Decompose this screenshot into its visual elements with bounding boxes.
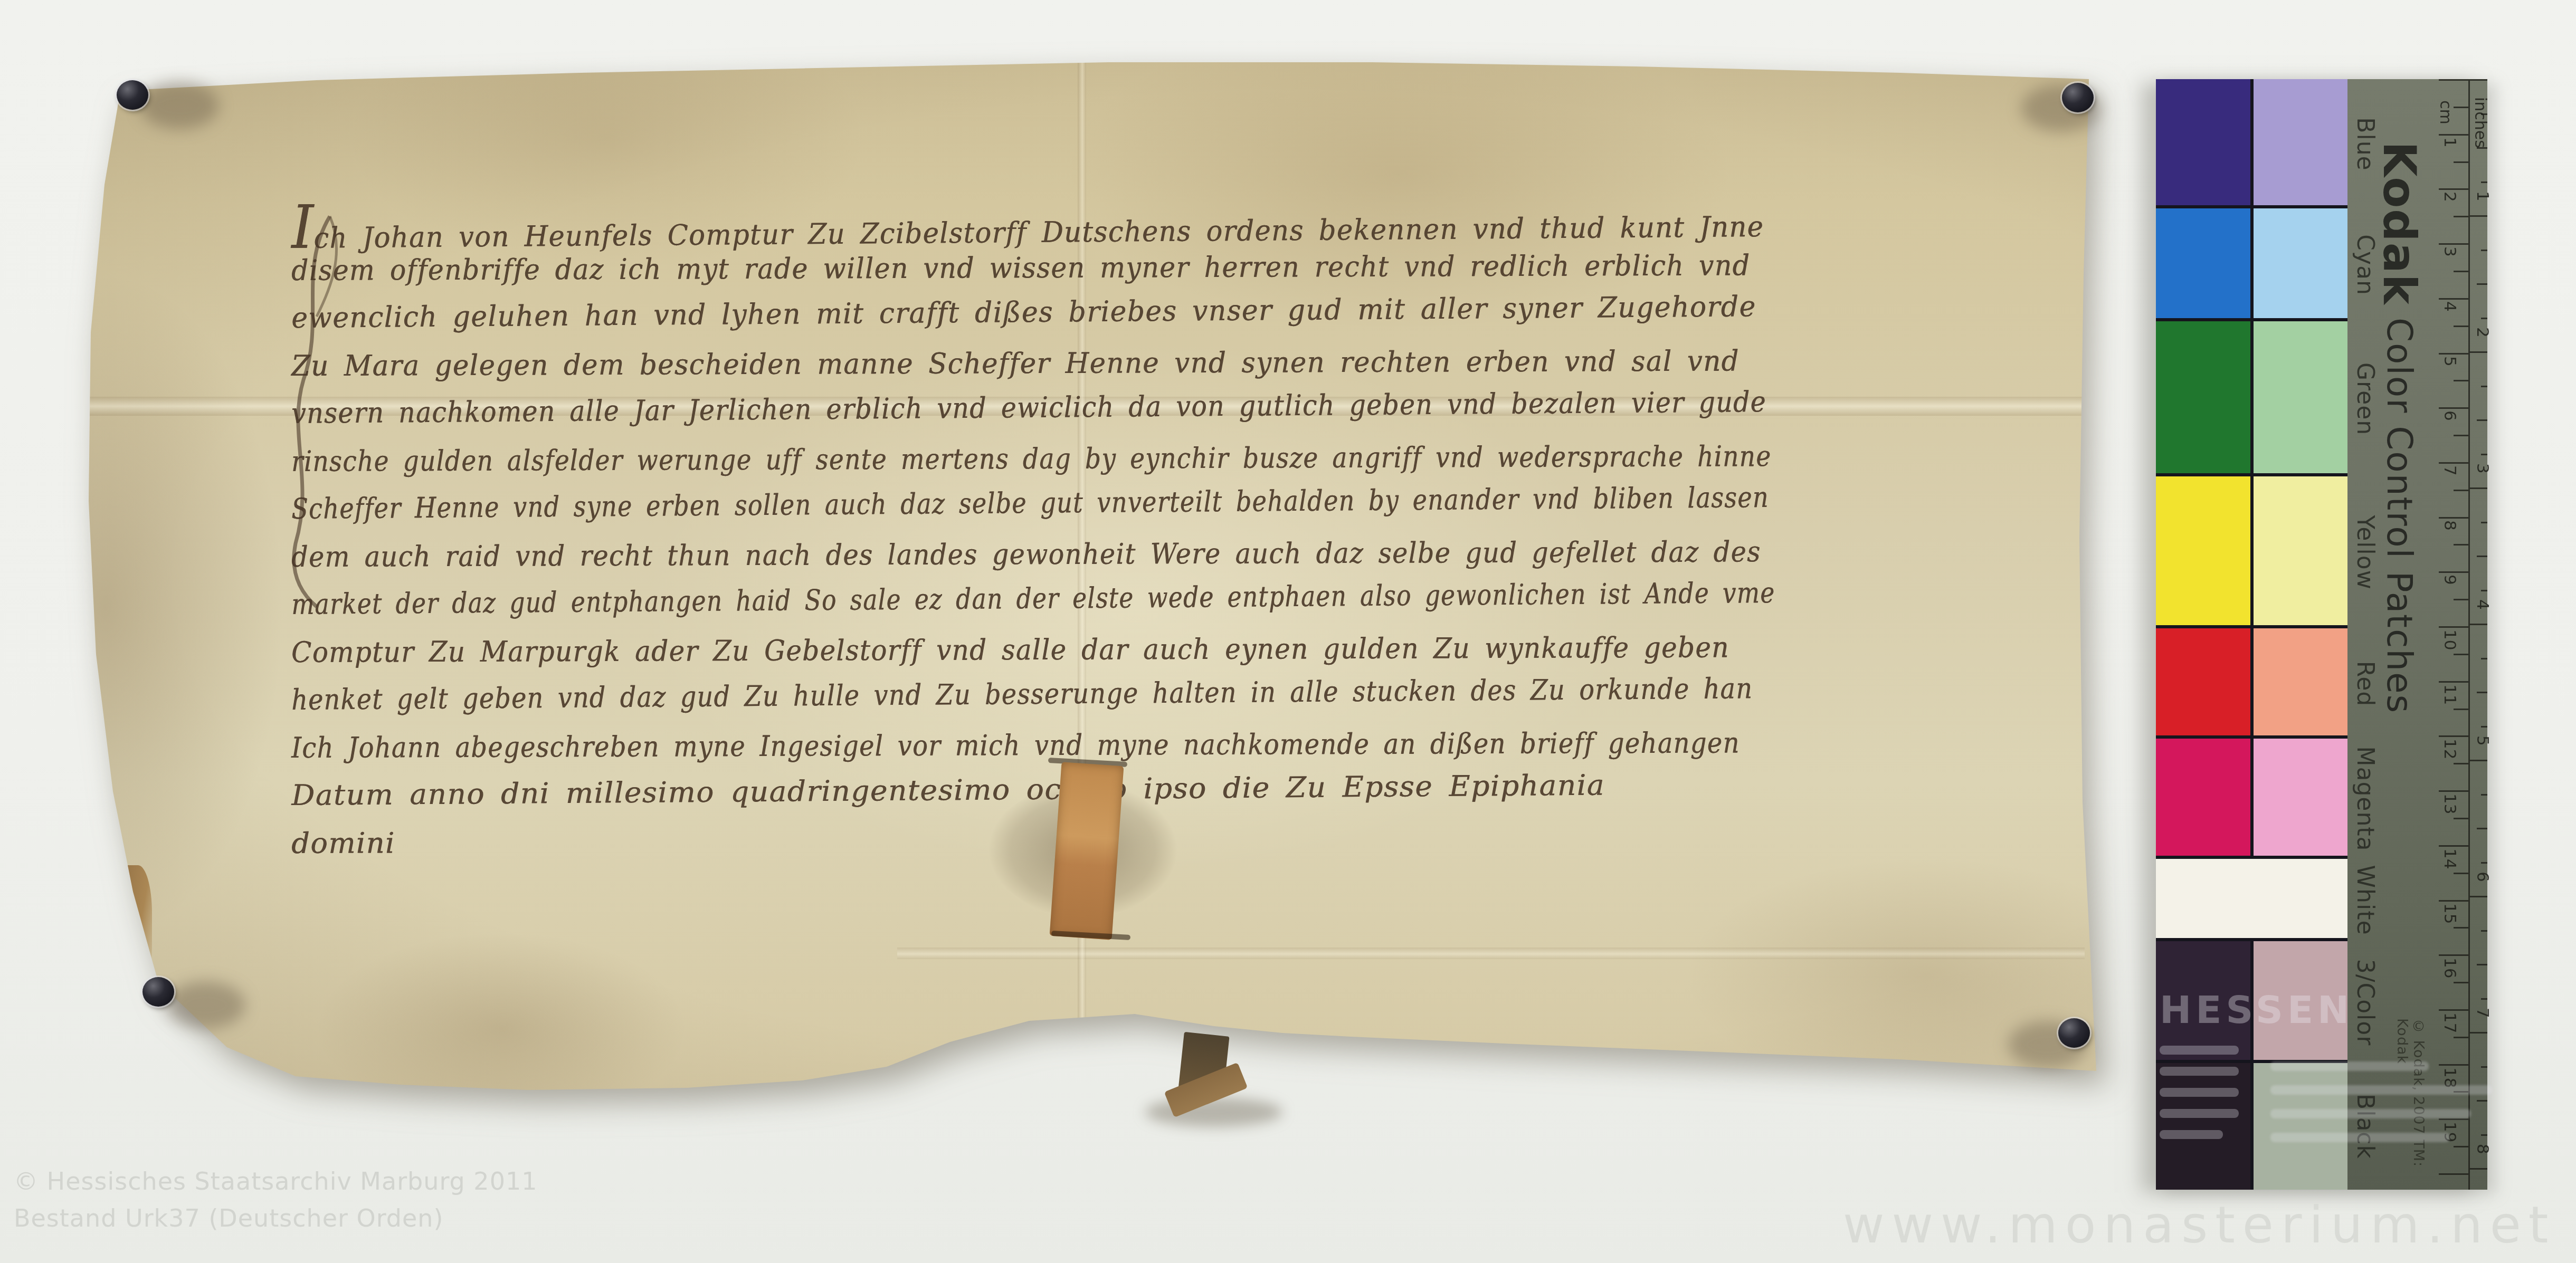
ruler-tick [2481, 522, 2487, 523]
ruler-tick [2477, 419, 2487, 421]
manuscript-line-4: Zu Mara gelegen dem bescheiden manne Sch… [291, 345, 1739, 382]
kodak-color-control-strip: Kodak Color Control Patches BlueCyanGree… [2156, 79, 2487, 1190]
kodak-copyright-text: © Kodak, 2007 TM: Kodak [2394, 1018, 2427, 1190]
archive-credit: © Hessisches Staatsarchiv Marburg 2011 B… [14, 1163, 537, 1237]
patch-black-solid [2156, 1063, 2254, 1190]
ruler-tick [2481, 658, 2487, 659]
ruler-tick [2439, 681, 2468, 683]
monasterium-watermark: www.monasterium.net [1843, 1195, 2555, 1255]
patch-blue-tint [2254, 79, 2347, 205]
ruler-tick [2481, 454, 2487, 455]
cm-number-5: 5 [2440, 356, 2459, 367]
ruler-tick [2470, 1168, 2487, 1170]
manuscript-line-7: Scheffer Henne vnd syne erben sollen auc… [291, 482, 1769, 525]
ruler-tick [2481, 726, 2487, 728]
patch-label-black: Black [2352, 1094, 2379, 1159]
patch-row-magenta [2156, 739, 2347, 859]
ruler-tick [2454, 709, 2468, 710]
inch-number-5: 5 [2473, 735, 2492, 746]
ruler-tick [2454, 271, 2468, 272]
patch-yellow-tint [2254, 476, 2347, 625]
ruler-tick [2454, 1146, 2468, 1147]
cm-number-3: 3 [2440, 246, 2459, 257]
ruler-tick [2470, 1032, 2487, 1034]
ruler-tick [2439, 1009, 2468, 1011]
inch-number-7: 7 [2473, 1008, 2492, 1018]
seal-slit-shadow [952, 756, 1214, 944]
inches-unit-label: inches [2471, 97, 2489, 148]
ruler-tick [2454, 107, 2468, 108]
ruler-tick [2454, 435, 2468, 436]
patch-red-tint [2254, 628, 2347, 735]
patch-row-green [2156, 321, 2347, 476]
color-patch-columns [2156, 79, 2347, 1190]
ruler-tick [2439, 954, 2468, 956]
ruler-tick [2481, 250, 2487, 251]
kodak-gray-bar: Kodak Color Control Patches BlueCyanGree… [2347, 79, 2487, 1190]
patch-3-color-solid [2156, 941, 2254, 1060]
ruler-line [2468, 79, 2470, 1190]
ruler-tick [2439, 735, 2468, 737]
patch-label-yellow: Yellow [2352, 515, 2379, 589]
pin-shadow-top-left [140, 82, 219, 129]
ruler-tick [2470, 215, 2487, 217]
pin-shadow-bottom-left [166, 981, 245, 1029]
seal-slit-bottom [1051, 931, 1130, 940]
inch-number-2: 2 [2473, 327, 2492, 338]
ruler-tick [2454, 599, 2468, 600]
patch-magenta-tint [2254, 739, 2347, 856]
ruler-tick [2481, 930, 2487, 932]
ruler-tick [2439, 188, 2468, 190]
ruler-tick [2454, 544, 2468, 546]
manuscript-line-6: rinsche gulden alsfelder werunge uff sen… [291, 441, 1771, 477]
patch-row-3-color [2156, 941, 2347, 1063]
push-pin-bottom-left [142, 977, 174, 1007]
ruler-tick [2454, 1091, 2468, 1093]
push-pin-top-right [2062, 83, 2094, 112]
patch-row-cyan [2156, 208, 2347, 321]
manuscript-line-2: disem offenbriffe daz ich myt rade wille… [291, 250, 1750, 286]
patch-row-yellow [2156, 476, 2347, 628]
ruler-tick [2439, 1173, 2468, 1175]
ruler-tick [2454, 380, 2468, 381]
ruler-tick [2477, 283, 2487, 285]
ruler-tick [2439, 571, 2468, 573]
cm-number-17: 17 [2440, 1012, 2459, 1033]
ruler-tick [2439, 845, 2468, 847]
ruler-tick [2454, 1037, 2468, 1038]
push-pin-top-left [117, 80, 148, 110]
initial-letter-flourish [267, 206, 383, 617]
cm-number-13: 13 [2440, 793, 2459, 814]
ruler-tick [2439, 407, 2468, 409]
cm-number-15: 15 [2440, 903, 2459, 924]
manuscript-line-12: Ich Johann abegeschreben myne Ingesigel … [291, 727, 1740, 764]
ruler-tick [2470, 79, 2487, 81]
ruler-tick [2477, 692, 2487, 693]
patch-row-white [2156, 859, 2347, 941]
ruler-tick [2454, 490, 2468, 491]
ruler-tick [2470, 760, 2487, 761]
cm-number-6: 6 [2440, 410, 2459, 421]
ruler-tick [2481, 318, 2487, 319]
archive-credit-line1: © Hessisches Staatsarchiv Marburg 2011 [14, 1163, 537, 1200]
ruler-tick [2439, 900, 2468, 902]
ruler-tick [2477, 1100, 2487, 1102]
left-edge-fold-backside [117, 865, 152, 984]
ruler-tick [2477, 556, 2487, 557]
ruler-tick [2454, 927, 2468, 929]
seal-tag-tail-shadow [1145, 1097, 1282, 1127]
patch-red-solid [2156, 628, 2254, 735]
ruler-tick [2454, 818, 2468, 819]
archival-photo-stage: Ich Johan von Heunfels Comptur Zu Zcibel… [0, 0, 2576, 1263]
ruler-tick [2470, 624, 2487, 625]
ruler-tick [2481, 1066, 2487, 1068]
patch-black-tint [2254, 1063, 2347, 1190]
horizontal-fold-crease [84, 397, 2085, 416]
ruler-tick [2481, 181, 2487, 183]
archive-credit-line2: Bestand Urk37 (Deutscher Orden) [14, 1200, 537, 1237]
cm-number-14: 14 [2440, 848, 2459, 869]
ruler-tick [2470, 351, 2487, 353]
patch-label-red: Red [2352, 661, 2379, 706]
patch-green-tint [2254, 321, 2347, 473]
kodak-brand-text: Kodak [2373, 141, 2426, 305]
ruler-tick [2481, 386, 2487, 387]
patch-blue-solid [2156, 79, 2254, 205]
patch-cyan-tint [2254, 208, 2347, 318]
ruler-tick [2454, 873, 2468, 874]
cm-number-7: 7 [2440, 465, 2459, 476]
seal-slit-top [1048, 758, 1127, 767]
cm-number-19: 19 [2440, 1122, 2459, 1142]
ruler-tick [2470, 896, 2487, 897]
patch-row-red [2156, 628, 2347, 739]
kodak-strip-title: Kodak Color Control Patches [2373, 141, 2426, 714]
cm-unit-label: cm [2436, 100, 2455, 125]
plica-fold-crease [897, 948, 2085, 959]
ruler-tick [2439, 1118, 2468, 1120]
seal-tag-strip [1050, 762, 1124, 940]
cm-number-16: 16 [2440, 958, 2459, 978]
ruler-tick [2454, 326, 2468, 327]
patch-label-cyan: Cyan [2352, 234, 2379, 295]
kodak-title-rest: Color Control Patches [2379, 305, 2420, 714]
patch-white [2156, 859, 2347, 938]
ruler-tick [2439, 517, 2468, 519]
manuscript-line-11: henket gelt geben vnd daz gud Zu hulle v… [291, 673, 1753, 716]
manuscript-line-10: Comptur Zu Marpurgk ader Zu Gebelstorff … [291, 632, 1729, 668]
cm-number-9: 9 [2440, 575, 2459, 585]
ruler-tick [2454, 216, 2468, 217]
ruler-tick [2454, 982, 2468, 983]
cm-number-12: 12 [2440, 739, 2459, 759]
patch-label-white: White [2352, 865, 2379, 935]
patch-yellow-solid [2156, 476, 2254, 625]
push-pin-bottom-right [2058, 1018, 2090, 1048]
patch-green-solid [2156, 321, 2254, 473]
ruler-tick [2481, 998, 2487, 1000]
ruler-tick [2477, 828, 2487, 829]
ruler-tick [2439, 79, 2468, 81]
ruler-tick [2477, 964, 2487, 965]
ruler-tick [2439, 298, 2468, 300]
ruler-tick [2454, 654, 2468, 655]
ruler-tick [2439, 462, 2468, 464]
cm-number-4: 4 [2440, 301, 2459, 312]
cm-number-1: 1 [2440, 137, 2459, 148]
ruler-tick [2454, 763, 2468, 764]
manuscript-line-1: Ich Johan von Heunfels Comptur Zu Zcibel… [291, 195, 1764, 254]
ruler-tick [2470, 487, 2487, 489]
patch-label-3-color: 3/Color [2352, 959, 2379, 1046]
cm-number-18: 18 [2440, 1067, 2459, 1088]
manuscript-line-14: domini [291, 827, 395, 859]
patch-row-blue [2156, 79, 2347, 208]
ruler-tick [2439, 626, 2468, 628]
ruler-tick [2481, 862, 2487, 864]
patch-label-blue: Blue [2352, 117, 2379, 170]
manuscript-line-3: ewenclich geluhen han vnd lyhen mit craf… [291, 291, 1756, 334]
patch-cyan-solid [2156, 208, 2254, 318]
cm-number-2: 2 [2440, 192, 2459, 202]
ruler-tick [2439, 134, 2468, 136]
ruler-tick [2439, 1064, 2468, 1066]
patch-magenta-solid [2156, 739, 2254, 856]
ruler-tick [2454, 161, 2468, 163]
inch-number-4: 4 [2473, 599, 2492, 610]
manuscript-line-8: dem auch raid vnd recht thun nach des la… [291, 536, 1761, 573]
manuscript-line-5: vnsern nachkomen alle Jar Jerlichen erbl… [291, 386, 1766, 429]
manuscript-line-9: market der daz gud entphangen haid So sa… [291, 577, 1775, 620]
inch-number-8: 8 [2473, 1144, 2492, 1154]
patch-3-color-tint [2254, 941, 2347, 1060]
cm-number-8: 8 [2440, 520, 2459, 531]
cm-number-10: 10 [2440, 629, 2459, 650]
manuscript-line-13: Datum anno dni millesimo quadringentesim… [291, 769, 1605, 811]
ruler-tick [2439, 790, 2468, 792]
patch-label-green: Green [2352, 362, 2379, 435]
ruler-tick [2439, 243, 2468, 245]
ruler-tick [2481, 590, 2487, 591]
ruler-tick [2481, 794, 2487, 796]
inch-number-1: 1 [2473, 191, 2492, 202]
cm-number-11: 11 [2440, 684, 2459, 705]
inch-number-3: 3 [2473, 463, 2492, 474]
inch-number-6: 6 [2473, 872, 2492, 882]
ruler-tick [2481, 1134, 2487, 1136]
ruler-tick [2439, 353, 2468, 355]
patch-row-black [2156, 1063, 2347, 1190]
vertical-fold-crease [1078, 58, 1086, 1060]
patch-label-magenta: Magenta [2352, 746, 2379, 851]
